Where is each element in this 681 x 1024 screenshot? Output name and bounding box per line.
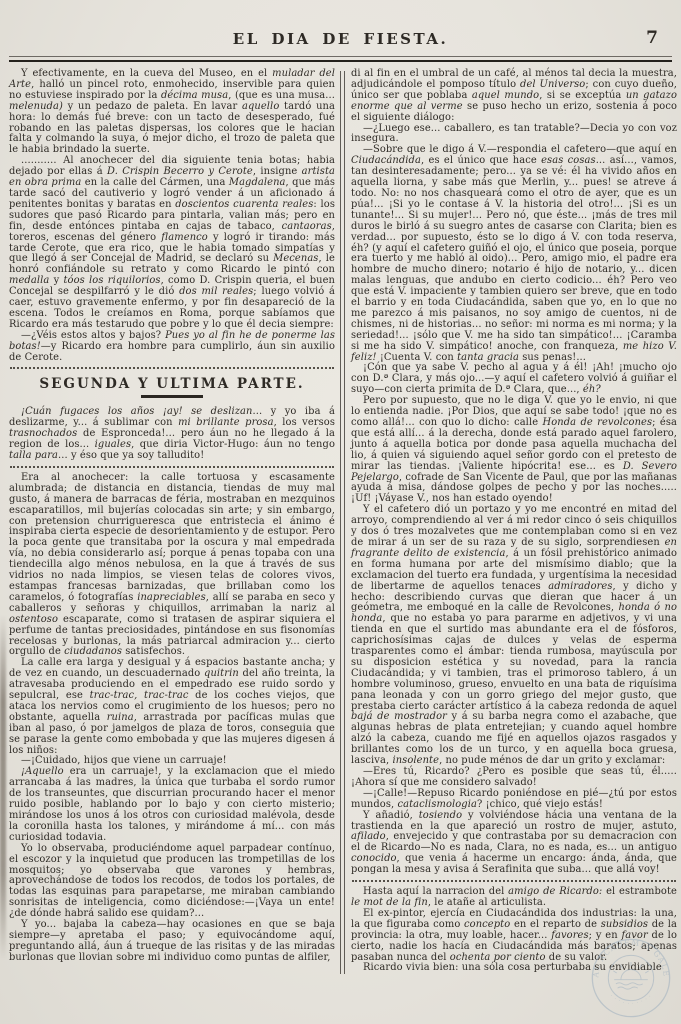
paragraph: Y efectivamente, en la cueva del Museo, …	[9, 69, 335, 156]
dotted-separator	[352, 880, 676, 882]
library-stamp-icon: REAL ACADEMIA GALEGA · · · · · · · · · ·	[587, 936, 675, 1020]
paragraph: ¡Cón que ya sabe V. pecho al agua y á él…	[351, 363, 677, 396]
heading-rule	[141, 395, 203, 398]
paragraph: Y yo... bajaba la cabeza—hay ocasiones e…	[9, 920, 335, 964]
paragraph: ¡Aquello era un carruaje!, y la exclamac…	[9, 767, 335, 843]
paragraph: —Sobre que le digo á V.—respondia el caf…	[351, 145, 677, 363]
text-columns: Y efectivamente, en la cueva del Museo, …	[9, 69, 672, 974]
paragraph: Pero por supuesto, que no le diga V. que…	[351, 396, 677, 505]
section-heading: SEGUNDA Y ULTIMA PARTE.	[9, 379, 335, 390]
page-header: EL DIA DE FIESTA. 7	[9, 30, 672, 54]
page-number: 7	[646, 28, 658, 48]
paragraph: Era al anochecer: la calle tortuosa y es…	[9, 473, 335, 658]
book-page: EL DIA DE FIESTA. 7 Y efectivamente, en …	[0, 0, 681, 1024]
paragraph: —¿Véis estos altos y bajos? Pues yo al f…	[9, 331, 335, 364]
paragraph: ........... Al anochecer del dia siguien…	[9, 156, 335, 331]
paragraph: Yo lo observaba, produciéndome aquel par…	[9, 844, 335, 920]
dotted-separator	[10, 367, 334, 369]
stamp-text: REAL ACADEMIA GALEGA	[587, 936, 671, 979]
left-column: Y efectivamente, en la cueva del Museo, …	[9, 69, 335, 974]
paragraph: Y el cafetero dió un portazo y yo me enc…	[351, 505, 677, 767]
header-rule	[9, 56, 672, 62]
paragraph: —¡Calle!—Repuso Ricardo poniéndose en pi…	[351, 789, 677, 811]
paragraph: Y añadió, tosiendo y volviéndose hácia u…	[351, 811, 677, 876]
running-title: EL DIA DE FIESTA.	[9, 30, 672, 48]
paragraph: —¿Luego ese... caballero, es tan tratabl…	[351, 124, 677, 146]
paragraph: Hasta aquí la narracion del amigo de Ric…	[351, 887, 677, 909]
paragraph: di al fin en el umbral de un café, al mé…	[351, 69, 677, 124]
column-divider	[340, 71, 345, 974]
dotted-separator	[10, 466, 334, 468]
binding-smudge	[0, 615, 6, 960]
svg-text:REAL ACADEMIA GALEGA: REAL ACADEMIA GALEGA	[587, 936, 671, 979]
paragraph: ¡Cuán fugaces los años ¡ay! se deslizan.…	[9, 407, 335, 462]
paragraph: —Eres tú, Ricardo? ¿Pero es posible que …	[351, 767, 677, 789]
right-column: di al fin en el umbral de un café, al mé…	[351, 69, 677, 974]
paragraph: La calle era larga y desigual y á espaci…	[9, 658, 335, 756]
